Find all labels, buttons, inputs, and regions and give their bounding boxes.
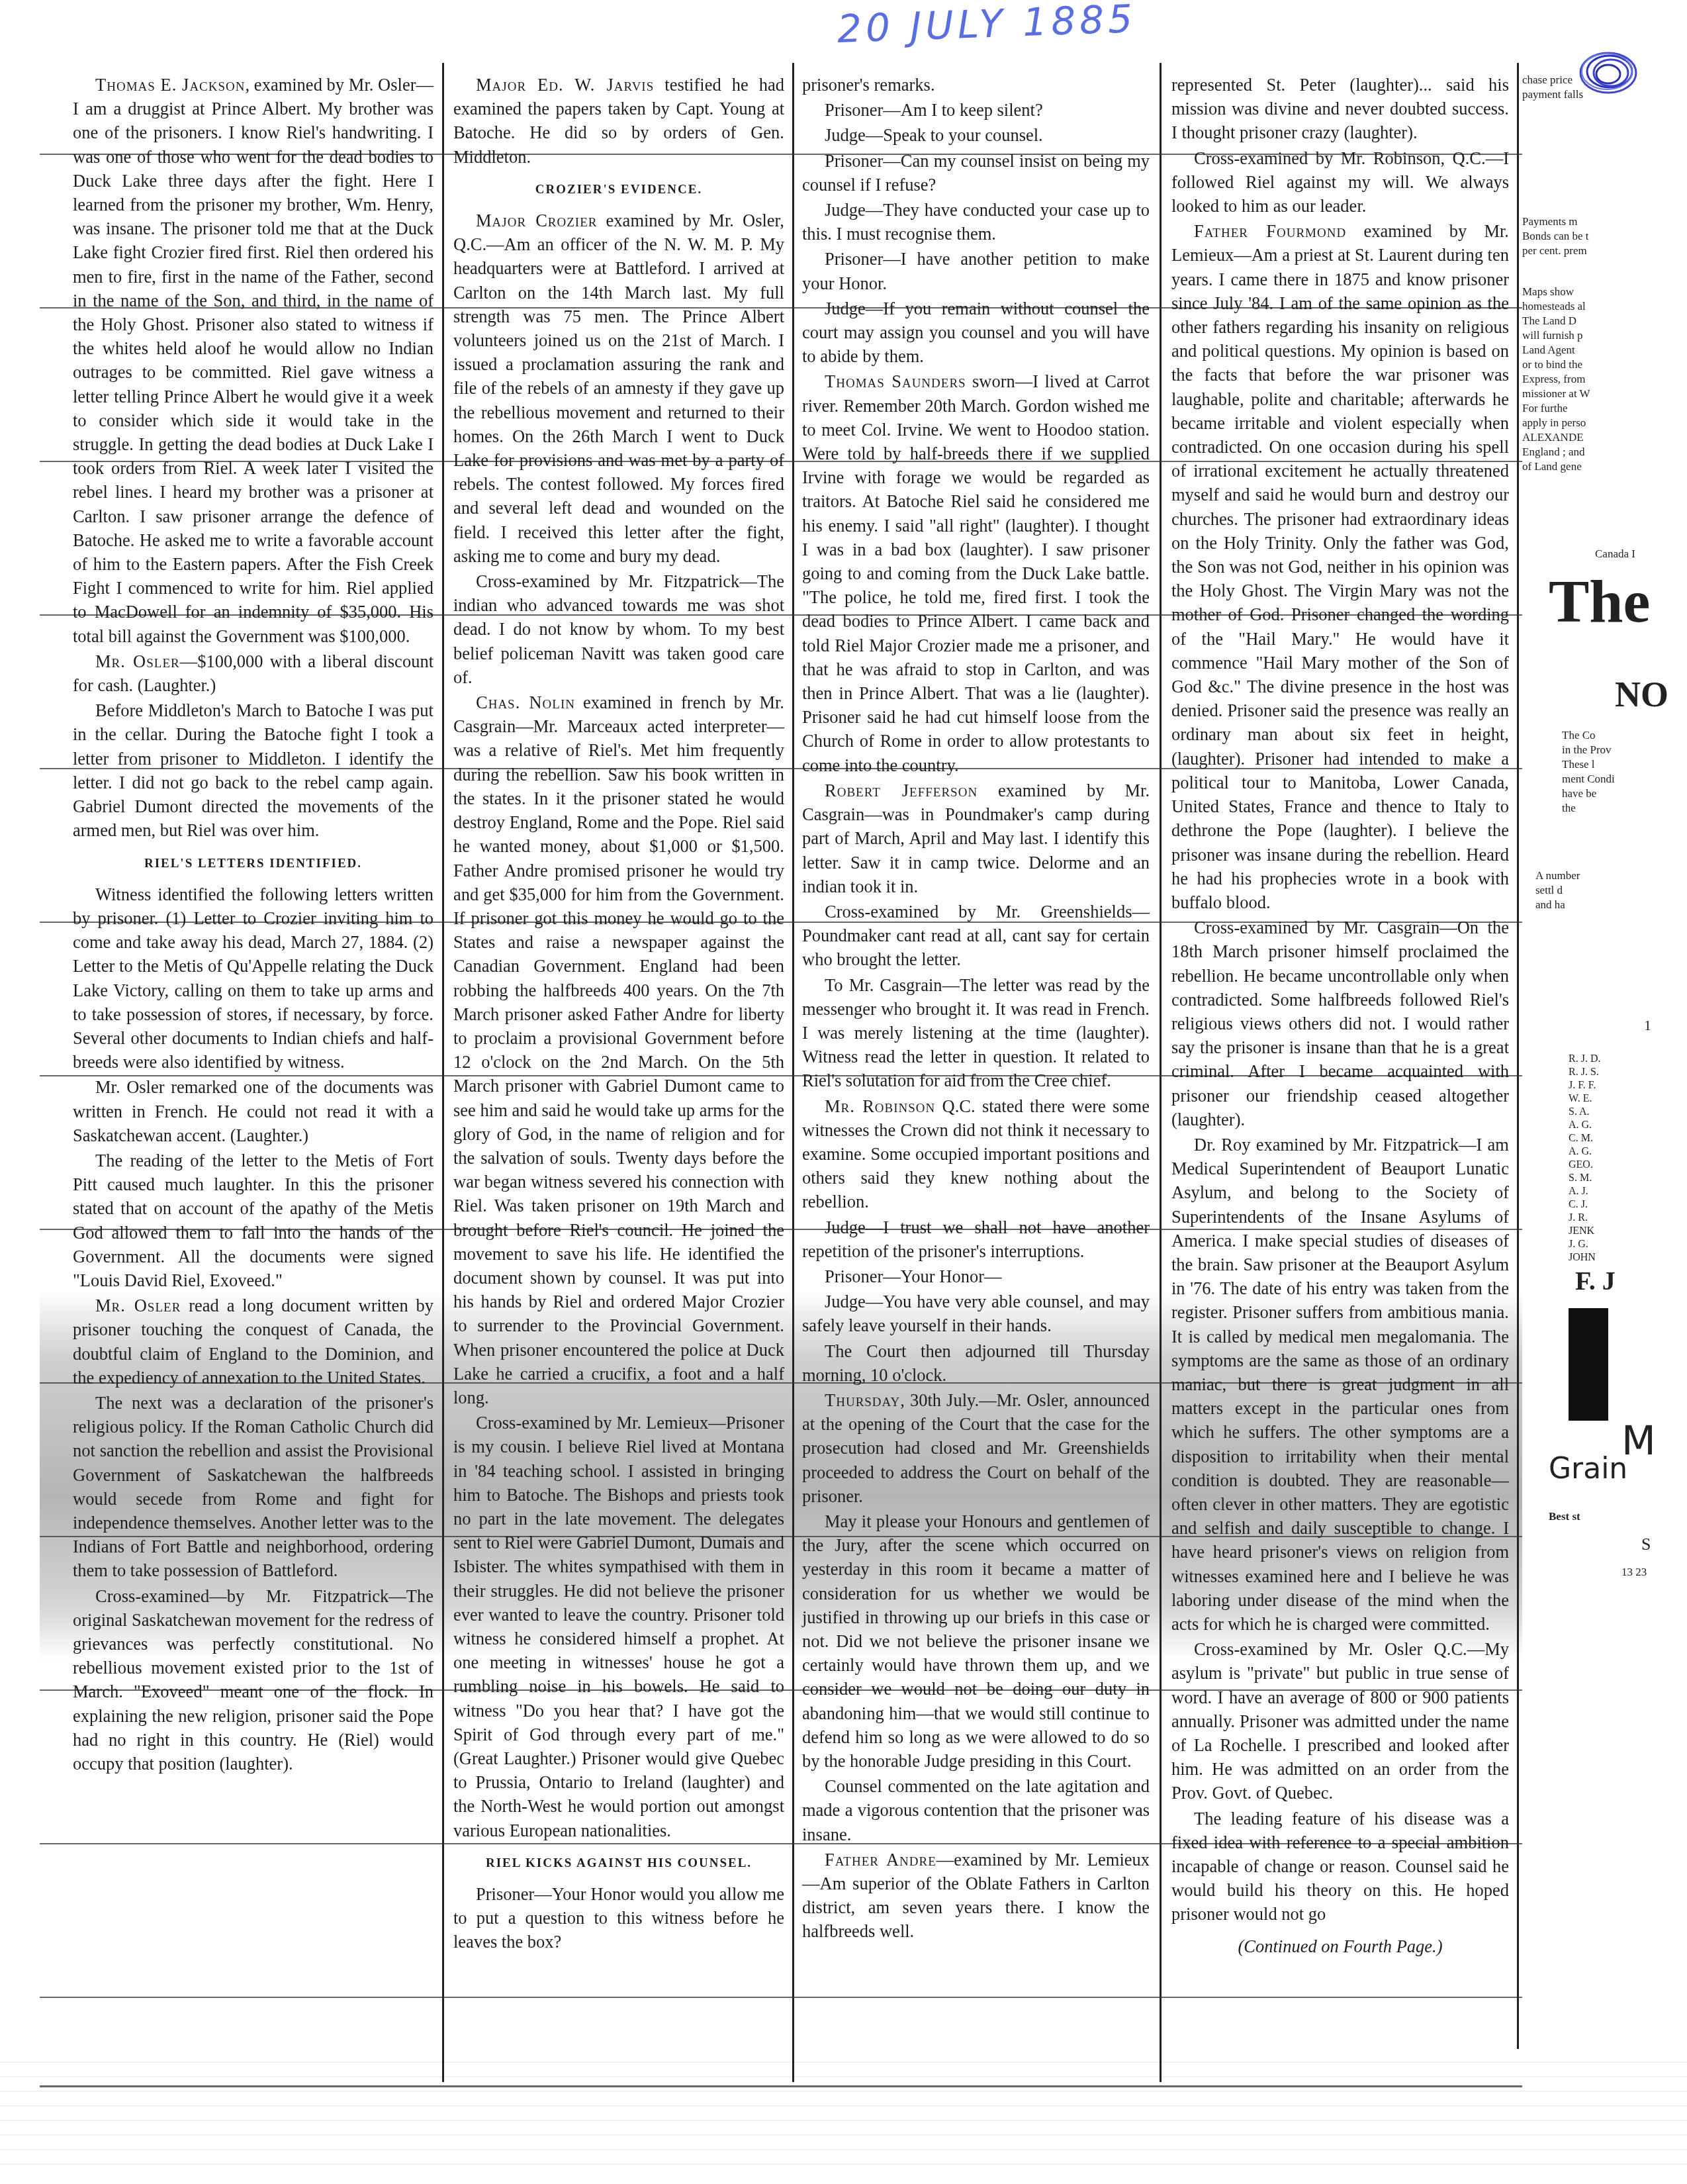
- paragraph-text: Cross-examined by Mr. Greenshields—Pound…: [802, 902, 1150, 969]
- ad-text-line: C. M.: [1569, 1132, 1671, 1145]
- article-paragraph: Major Ed. W. Jarvis testified he had exa…: [453, 73, 784, 169]
- paragraph-text: sworn—I lived at Carrot river. Remember …: [802, 371, 1150, 775]
- article-paragraph: The reading of the letter to the Metis o…: [73, 1149, 433, 1292]
- paragraph-text: Cross-examined by Mr. Robinson, Q.C.—I f…: [1171, 148, 1509, 216]
- paragraph-text: examined by Mr. Lemieux—Am a priest at S…: [1171, 221, 1509, 912]
- article-column-2: Major Ed. W. Jarvis testified he had exa…: [453, 73, 784, 1956]
- ad-payments-block: Payments mBonds can be tper cent. prem: [1522, 214, 1671, 258]
- article-paragraph: Thomas E. Jackson, examined by Mr. Osler…: [73, 73, 433, 648]
- column-2-paragraphs-2: Major Crozier examined by Mr. Osler, Q.C…: [453, 209, 784, 1842]
- ad-text-line: C. J.: [1569, 1198, 1671, 1211]
- article-paragraph: Before Middleton's March to Batoche I wa…: [73, 698, 433, 842]
- scan-noise: [0, 2059, 1687, 2165]
- paragraph-text: Dr. Roy examined by Mr. Fitzpatrick—I am…: [1171, 1135, 1509, 1634]
- ad-text-line: ALEXANDE: [1522, 430, 1671, 445]
- ad-text-line: J. R.: [1569, 1211, 1671, 1225]
- ad-text-line: in the Prov: [1562, 743, 1671, 757]
- paragraph-text: Cross-examined—by Mr. Fitzpatrick—The or…: [73, 1586, 433, 1774]
- article-paragraph: Judge—If you remain without counsel the …: [802, 297, 1150, 369]
- paragraph-lead-name: Mr. Osler: [95, 1296, 181, 1315]
- paragraph-lead-name: Father Andre: [825, 1850, 936, 1870]
- article-paragraph: Mr. Osler—$100,000 with a liberal discou…: [73, 649, 433, 697]
- ad-text-line: S. A.: [1569, 1106, 1671, 1119]
- article-paragraph: The leading feature of his disease was a…: [1171, 1807, 1509, 1926]
- article-paragraph: Cross-examined by Mr. Robinson, Q.C.—I f…: [1171, 146, 1509, 218]
- column-4-paragraphs: represented St. Peter (laughter)... said…: [1171, 73, 1509, 1926]
- ad-number-lines: A numbersettl dand ha: [1535, 869, 1671, 912]
- article-paragraph: Cross-examined by Mr. Casgrain—On the 18…: [1171, 916, 1509, 1131]
- paragraph-text: , examined by Mr. Osler—I am a druggist …: [73, 75, 433, 646]
- article-paragraph: Judge—They have conducted your case up t…: [802, 198, 1150, 246]
- article-paragraph: Mr. Osler remarked one of the documents …: [73, 1075, 433, 1147]
- article-paragraph: represented St. Peter (laughter)... said…: [1171, 73, 1509, 145]
- ad-text-line: have be: [1562, 786, 1671, 801]
- section-heading-riel-kicks: RIEL KICKS AGAINST HIS COUNSEL.: [453, 1852, 784, 1875]
- scan-line: [40, 1997, 1522, 1998]
- paragraph-text: represented St. Peter (laughter)... said…: [1171, 75, 1509, 142]
- ad-text-line: per cent. prem: [1522, 244, 1671, 258]
- paragraph-text: Prisoner—Your Honor would you allow me t…: [453, 1884, 784, 1952]
- article-paragraph: Father Andre—examined by Mr. Lemieux—Am …: [802, 1848, 1150, 1944]
- ad-text-line: will furnish p: [1522, 328, 1671, 343]
- paragraph-text: Prisoner—Am I to keep silent?: [825, 100, 1043, 120]
- column-rule: [792, 63, 794, 2082]
- column-2-paragraphs: Major Ed. W. Jarvis testified he had exa…: [453, 73, 784, 169]
- paragraph-text: To Mr. Casgrain—The letter was read by t…: [802, 975, 1150, 1091]
- ad-text-line: and ha: [1535, 898, 1671, 912]
- ad-headline-no: NO: [1615, 687, 1671, 702]
- ad-text-line: J. G.: [1569, 1238, 1671, 1251]
- article-paragraph: Counsel commented on the late agitation …: [802, 1774, 1150, 1846]
- paragraph-text: Judge—I trust we shall not have another …: [802, 1217, 1150, 1261]
- article-paragraph: May it please your Honours and gentlemen…: [802, 1509, 1150, 1773]
- paragraph-text: Witness identified the following letters…: [73, 884, 433, 1072]
- ad-text-line: apply in perso: [1522, 416, 1671, 430]
- article-paragraph: The Court then adjourned till Thursday m…: [802, 1339, 1150, 1387]
- newspaper-page: 20 JULY 1885 Thomas E. Jackson, examined…: [0, 0, 1687, 2184]
- article-column-1: Thomas E. Jackson, examined by Mr. Osler…: [73, 73, 433, 1777]
- article-paragraph: Cross-examined by Mr. Lemieux—Prisoner i…: [453, 1411, 784, 1842]
- continued-notice: (Continued on Fourth Page.): [1171, 1934, 1509, 1958]
- paragraph-lead-name: Major Ed. W. Jarvis: [476, 75, 654, 95]
- ad-top-lines: chase pricepayment falls: [1522, 73, 1671, 102]
- column-rule: [1160, 63, 1162, 2082]
- handwritten-date: 20 JULY 1885: [837, 0, 1137, 52]
- ad-canada-line: Canada I: [1595, 547, 1671, 561]
- paragraph-text: Judge—If you remain without counsel the …: [802, 299, 1150, 366]
- paragraph-lead-name: Mr. Robinson: [825, 1096, 935, 1116]
- column-1-paragraphs-2: Witness identified the following letters…: [73, 882, 433, 1776]
- paragraph-text: prisoner's remarks.: [802, 75, 935, 95]
- article-paragraph: Dr. Roy examined by Mr. Fitzpatrick—I am…: [1171, 1133, 1509, 1636]
- paragraph-text: The leading feature of his disease was a…: [1171, 1809, 1509, 1924]
- paragraph-text: The next was a declaration of the prison…: [73, 1393, 433, 1580]
- ad-s-line: S: [1641, 1537, 1671, 1552]
- ad-text-line: England ; and: [1522, 445, 1671, 459]
- ad-text-line: Maps show: [1522, 285, 1671, 299]
- article-paragraph: Mr. Robinson Q.C. stated there were some…: [802, 1094, 1150, 1214]
- paragraph-text: Cross-examined by Mr. Fitzpatrick—The in…: [453, 571, 784, 687]
- column-rule: [1517, 63, 1519, 2049]
- ad-text-line: the: [1562, 801, 1671, 816]
- article-paragraph: Cross-examined by Mr. Osler Q.C.—My asyl…: [1171, 1637, 1509, 1805]
- ad-text-line: Express, from: [1522, 372, 1671, 387]
- paragraph-lead-name: Robert Jefferson: [825, 781, 978, 800]
- ad-best-line: Best st: [1549, 1509, 1671, 1524]
- article-paragraph: Cross-examined—by Mr. Fitzpatrick—The or…: [73, 1584, 433, 1776]
- article-paragraph: Prisoner—Can my counsel insist on being …: [802, 149, 1150, 197]
- paragraph-lead-name: Thomas E. Jackson: [95, 75, 246, 95]
- paragraph-text: Cross-examined by Mr. Lemieux—Prisoner i…: [453, 1413, 784, 1840]
- ad-headline-the: The: [1549, 568, 1671, 634]
- article-paragraph: Prisoner—Your Honor would you allow me t…: [453, 1882, 784, 1954]
- article-paragraph: prisoner's remarks.: [802, 73, 1150, 97]
- paragraph-text: Mr. Osler remarked one of the documents …: [73, 1077, 433, 1145]
- paragraph-text: Cross-examined by Mr. Osler Q.C.—My asyl…: [1171, 1639, 1509, 1803]
- advertisement-column: chase pricepayment falls Payments mBonds…: [1522, 73, 1671, 2125]
- ad-text-line: of Land gene: [1522, 459, 1671, 474]
- ad-text-line: JENK: [1569, 1225, 1671, 1238]
- paragraph-text: May it please your Honours and gentlemen…: [802, 1511, 1150, 1771]
- article-paragraph: Prisoner—Am I to keep silent?: [802, 98, 1150, 122]
- paragraph-lead-name: Chas. Nolin: [476, 692, 575, 712]
- ad-text-line: A. J.: [1569, 1185, 1671, 1198]
- column-2-paragraphs-3: Prisoner—Your Honor would you allow me t…: [453, 1882, 784, 1954]
- article-paragraph: Chas. Nolin examined in french by Mr. Ca…: [453, 690, 784, 1409]
- article-paragraph: Thomas Saunders sworn—I lived at Carrot …: [802, 369, 1150, 777]
- ad-number: 1: [1522, 1018, 1671, 1033]
- ad-text-line: Payments m: [1522, 214, 1671, 229]
- paragraph-text: Prisoner—Can my counsel insist on being …: [802, 151, 1150, 195]
- article-paragraph: Thursday, 30th July.—Mr. Osler, announce…: [802, 1388, 1150, 1508]
- ad-small-lines: The Coin the ProvThese lment Condihave b…: [1562, 728, 1671, 816]
- article-paragraph: Judge—I trust we shall not have another …: [802, 1215, 1150, 1263]
- ad-text-line: chase price: [1522, 73, 1671, 87]
- ad-land-block: Maps showhomesteads alThe Land Dwill fur…: [1522, 285, 1671, 474]
- paragraph-text: examined in french by Mr. Casgrain—Mr. M…: [453, 692, 784, 1407]
- ad-text-line: J. F. F.: [1569, 1079, 1671, 1092]
- article-paragraph: Witness identified the following letters…: [73, 882, 433, 1074]
- paragraph-text: The reading of the letter to the Metis o…: [73, 1151, 433, 1290]
- ad-letter-m: M: [1621, 1434, 1671, 1448]
- ad-name-list: R. J. D.R. J. S.J. F. F.W. E.S. A.A. G.C…: [1569, 1053, 1671, 1264]
- column-rule: [442, 63, 444, 2082]
- ad-text-line: A. G.: [1569, 1145, 1671, 1159]
- paragraph-text: Prisoner—Your Honor—: [825, 1266, 1001, 1286]
- ad-text-line: missioner at W: [1522, 387, 1671, 401]
- paragraph-text: Judge—Speak to your counsel.: [825, 125, 1043, 145]
- ad-text-line: The Co: [1562, 728, 1671, 743]
- ad-text-line: GEO.: [1569, 1159, 1671, 1172]
- paragraph-text: Counsel commented on the late agitation …: [802, 1776, 1150, 1844]
- ad-fj: F. J: [1575, 1274, 1671, 1288]
- ad-text-line: The Land D: [1522, 314, 1671, 328]
- paragraph-text: examined by Mr. Osler, Q.C.—Am an office…: [453, 211, 784, 566]
- ad-text-line: S. M.: [1569, 1172, 1671, 1185]
- paragraph-text: The Court then adjourned till Thursday m…: [802, 1341, 1150, 1385]
- article-paragraph: Judge—You have very able counsel, and ma…: [802, 1290, 1150, 1337]
- ad-text-line: These l: [1562, 757, 1671, 772]
- section-heading-riels-letters: RIEL'S LETTERS IDENTIFIED.: [73, 852, 433, 876]
- column-3-paragraphs: prisoner's remarks.Prisoner—Am I to keep…: [802, 73, 1150, 1944]
- article-paragraph: To Mr. Casgrain—The letter was read by t…: [802, 973, 1150, 1093]
- paragraph-text: Cross-examined by Mr. Casgrain—On the 18…: [1171, 918, 1509, 1129]
- ad-text-line: W. E.: [1569, 1092, 1671, 1106]
- paragraph-lead-name: Father Fourmond: [1194, 221, 1346, 241]
- ad-text-line: JOHN: [1569, 1251, 1671, 1264]
- paragraph-lead-name: Major Crozier: [476, 211, 597, 230]
- paragraph-lead-name: Mr. Osler: [95, 651, 180, 671]
- ad-text-line: A. G.: [1569, 1119, 1671, 1132]
- ad-text-line: A number: [1535, 869, 1671, 883]
- article-paragraph: Cross-examined by Mr. Fitzpatrick—The in…: [453, 569, 784, 689]
- article-column-4: represented St. Peter (laughter)... said…: [1171, 73, 1509, 1960]
- article-paragraph: Judge—Speak to your counsel.: [802, 123, 1150, 147]
- ad-text-line: Land Agent: [1522, 343, 1671, 357]
- article-paragraph: The next was a declaration of the prison…: [73, 1391, 433, 1583]
- ad-footer-number: 13 23: [1621, 1565, 1671, 1580]
- paragraph-text: Judge—They have conducted your case up t…: [802, 200, 1150, 244]
- paragraph-lead-name: Thursday: [825, 1390, 900, 1410]
- ad-text-line: settl d: [1535, 883, 1671, 898]
- article-column-3: prisoner's remarks.Prisoner—Am I to keep…: [802, 73, 1150, 1945]
- article-paragraph: Cross-examined by Mr. Greenshields—Pound…: [802, 900, 1150, 972]
- article-paragraph: Prisoner—I have another petition to make…: [802, 247, 1150, 295]
- article-paragraph: Major Crozier examined by Mr. Osler, Q.C…: [453, 209, 784, 568]
- column-1-paragraphs: Thomas E. Jackson, examined by Mr. Osler…: [73, 73, 433, 843]
- article-paragraph: Mr. Osler read a long document written b…: [73, 1294, 433, 1390]
- ad-text-line: homesteads al: [1522, 299, 1671, 314]
- paragraph-text: Before Middleton's March to Batoche I wa…: [73, 700, 433, 840]
- ad-inverse-block: [1569, 1308, 1608, 1421]
- ad-text-line: Bonds can be t: [1522, 229, 1671, 244]
- ad-text-line: ment Condi: [1562, 772, 1671, 786]
- ad-text-line: or to bind the: [1522, 357, 1671, 372]
- article-paragraph: Robert Jefferson examined by Mr. Casgrai…: [802, 779, 1150, 898]
- article-paragraph: Father Fourmond examined by Mr. Lemieux—…: [1171, 219, 1509, 914]
- ad-text-line: R. J. D.: [1569, 1053, 1671, 1066]
- paragraph-text: Prisoner—I have another petition to make…: [802, 249, 1150, 293]
- ad-text-line: R. J. S.: [1569, 1066, 1671, 1079]
- ad-text-line: For furthe: [1522, 401, 1671, 416]
- paragraph-lead-name: Thomas Saunders: [825, 371, 966, 391]
- section-heading-croziers-evidence: CROZIER'S EVIDENCE.: [453, 178, 784, 202]
- ad-text-line: payment falls: [1522, 87, 1671, 102]
- paragraph-text: Judge—You have very able counsel, and ma…: [802, 1292, 1150, 1335]
- article-paragraph: Prisoner—Your Honor—: [802, 1264, 1150, 1288]
